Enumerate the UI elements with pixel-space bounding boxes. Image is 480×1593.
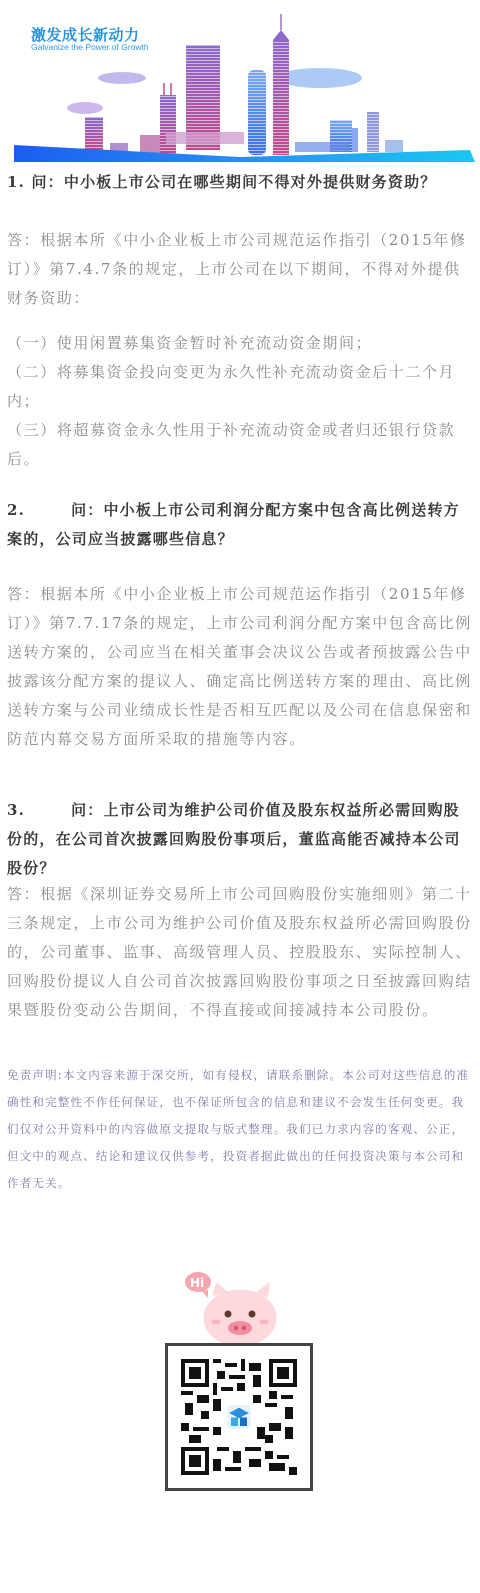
header-banner: 激发成长新动力 Galvanize the Power of Growth	[0, 0, 480, 165]
answer-3: 答：根据《深圳证券交易所上市公司回购股份实施细则》第二十三条规定，上市公司为维护…	[7, 880, 473, 1025]
pig-mascot-icon: Hi	[178, 1260, 298, 1350]
pig-bubble-text: Hi	[190, 1276, 204, 1290]
answer-2: 答：根据本所《中小企业板上市公司规范运作指引（2015年修订）》第7.7.17条…	[7, 580, 473, 754]
answer-1-item-2: （二）将募集资金投向变更为永久性补充流动资金后十二个月内；	[7, 358, 473, 416]
article-page: 激发成长新动力 Galvanize the Power of Growth 1.…	[0, 0, 480, 1593]
qr-code	[165, 1343, 313, 1491]
question-1: 1. 问：中小板上市公司在哪些期间不得对外提供财务资助？	[7, 168, 473, 197]
answer-1: 答：根据本所《中小企业板上市公司规范运作指引（2015年修订）》第7.4.7条的…	[7, 226, 473, 313]
question-3-text: 问：上市公司为维护公司价值及股东权益所必需回购股份的，在公司首次披露回购股份事项…	[7, 801, 461, 877]
question-2-number: 2.	[7, 501, 25, 519]
question-3: 3.问：上市公司为维护公司价值及股东权益所必需回购股份的，在公司首次披露回购股份…	[7, 796, 473, 883]
answer-1-item-3: （三）将超募资金永久性用于补充流动资金或者归还银行贷款后。	[7, 416, 473, 474]
question-2-text: 问：中小板上市公司利润分配方案中包含高比例送转方案的，公司应当披露哪些信息？	[7, 501, 460, 548]
question-2: 2.问：中小板上市公司利润分配方案中包含高比例送转方案的，公司应当披露哪些信息？	[7, 496, 473, 554]
question-3-number: 3.	[7, 801, 25, 819]
answer-1-item-1: （一）使用闲置募集资金暂时补充流动资金期间；	[7, 329, 473, 358]
banner-subtitle: Galvanize the Power of Growth	[31, 42, 149, 52]
qr-code-pattern-icon	[181, 1359, 297, 1475]
disclaimer-text: 免责声明:本文内容来源于深交所，如有侵权，请联系删除。本公司对这些信息的准确性和…	[7, 1062, 473, 1197]
